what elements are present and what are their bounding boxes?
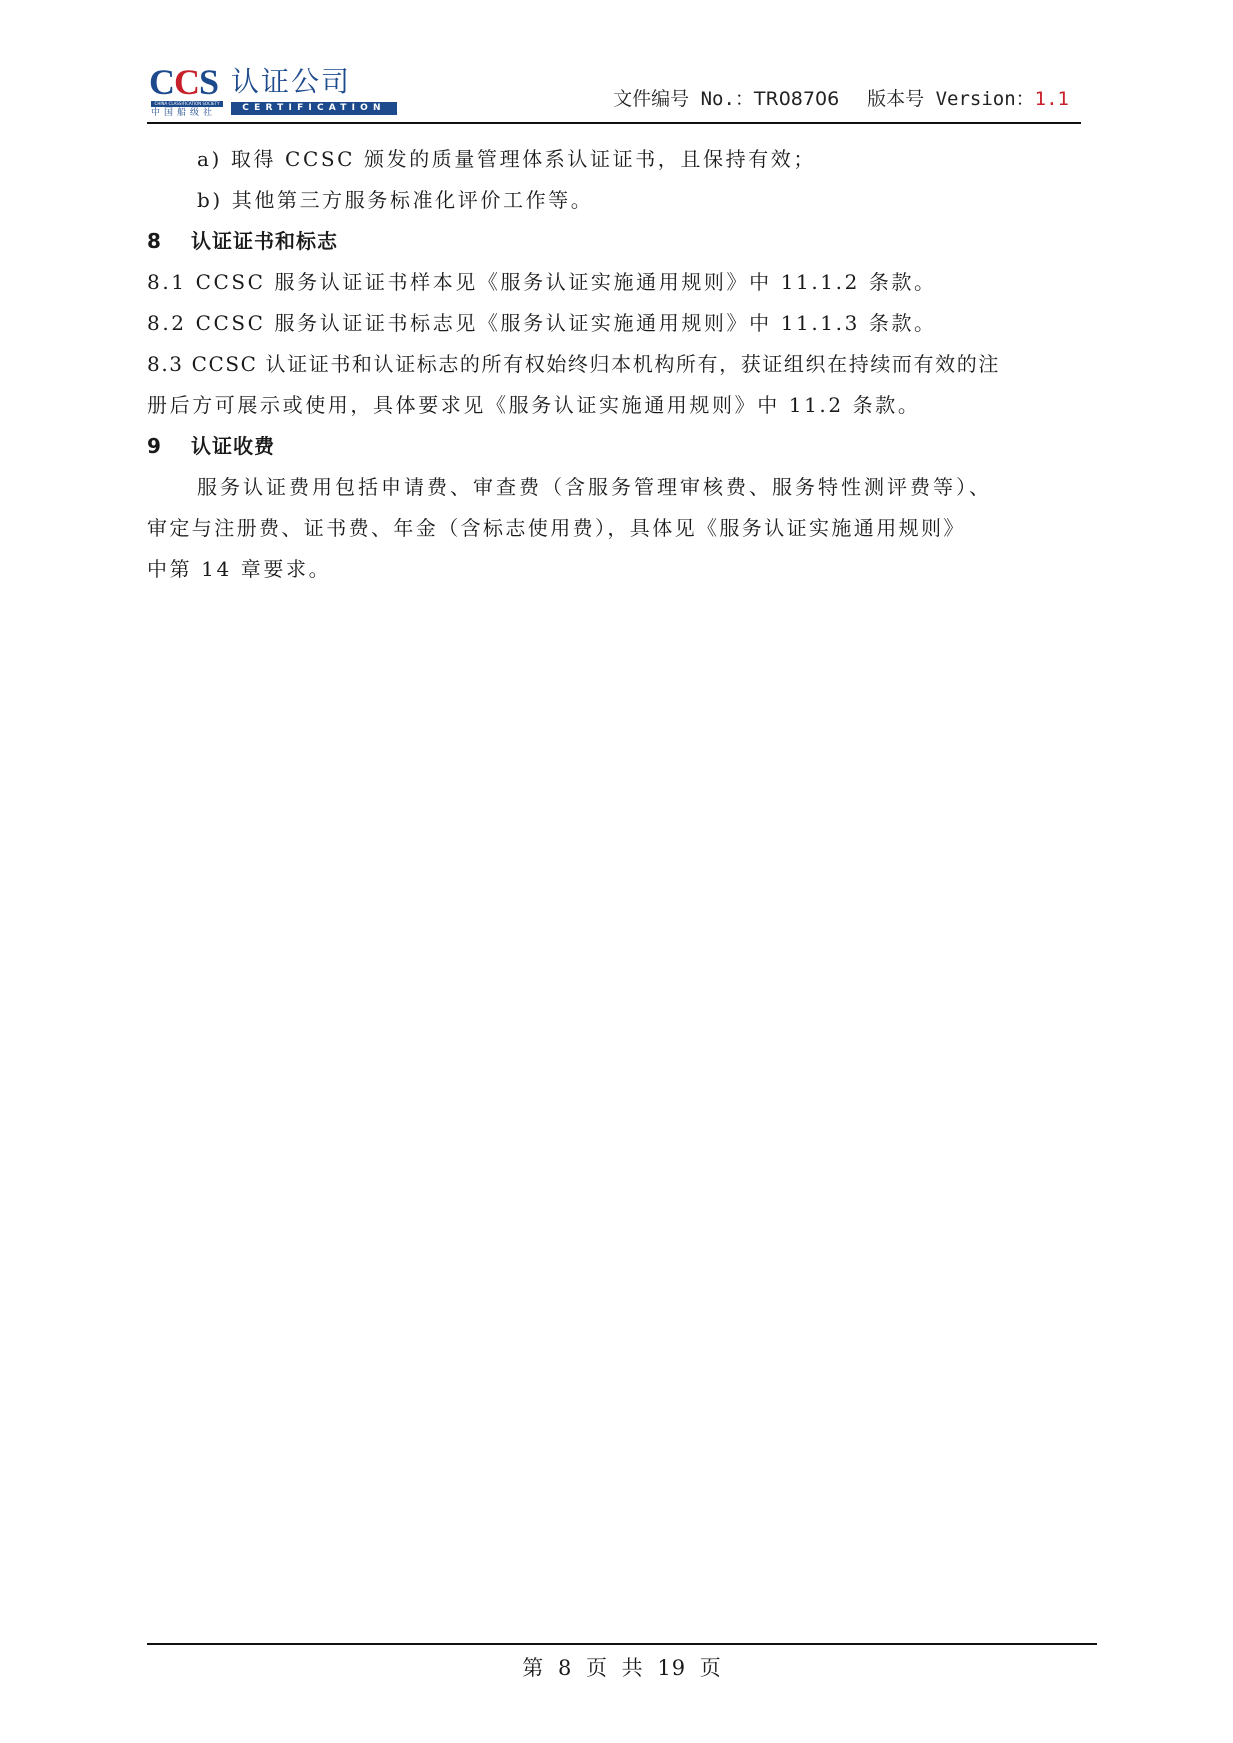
clause-8-3-line-2: 册后方可展示或使用，具体要求见《服务认证实施通用规则》中 11.2 条款。 [147, 392, 920, 418]
section-9-number: 9 [147, 433, 191, 459]
clause-8-1: 8.1 CCSC 服务认证证书样本见《服务认证实施通用规则》中 11.1.2 条… [147, 269, 937, 295]
footer-divider [147, 1643, 1097, 1645]
version-number: 1.1 [1035, 88, 1069, 110]
ccs-certification-logo: CCS CHINA CLASSIFICATION SOCIETY 中国船级社 认… [147, 66, 405, 118]
section-9-title: 认证收费 [191, 434, 275, 458]
section-8-number: 8 [147, 228, 191, 254]
doc-number: TR08706 [754, 88, 839, 110]
list-item-b: b) 其他第三方服务标准化评价工作等。 [197, 187, 593, 213]
list-item-a: a) 取得 CCSC 颁发的质量管理体系认证证书，且保持有效； [197, 146, 816, 172]
page-header: CCS CHINA CLASSIFICATION SOCIETY 中国船级社 认… [147, 66, 1081, 122]
section-8-title: 认证证书和标志 [191, 229, 338, 253]
document-meta: 文件编号 No.：TR08706版本号 Version：1.1 [613, 86, 1069, 112]
clause-8-2: 8.2 CCSC 服务认证证书标志见《服务认证实施通用规则》中 11.1.3 条… [147, 310, 937, 336]
logo-society-en: CHINA CLASSIFICATION SOCIETY [151, 101, 223, 107]
version-label: 版本号 Version： [867, 88, 1035, 110]
logo-ccs-letters: CCS [149, 62, 218, 102]
section-9-paragraph-line-2: 审定与注册费、证书费、年金（含标志使用费），具体见《服务认证实施通用规则》 [147, 515, 966, 541]
logo-company-cn: 认证公司 [231, 66, 351, 98]
logo-certification-en: CERTIFICATION [231, 102, 397, 115]
doc-number-label: 文件编号 No.： [613, 88, 754, 110]
section-8-heading: 8认证证书和标志 [147, 228, 338, 254]
logo-society-cn: 中国船级社 [151, 108, 216, 118]
section-9-paragraph-line-1: 服务认证费用包括申请费、审查费（含服务管理审核费、服务特性测评费等）、 [197, 474, 992, 500]
page-number-footer: 第 8 页 共 19 页 [147, 1654, 1097, 1682]
section-9-heading: 9认证收费 [147, 433, 275, 459]
section-9-paragraph-line-3: 中第 14 章要求。 [147, 556, 331, 582]
header-divider [147, 122, 1081, 124]
clause-8-3-line-1: 8.3 CCSC 认证证书和认证标志的所有权始终归本机构所有，获证组织在持续而有… [147, 351, 1000, 377]
